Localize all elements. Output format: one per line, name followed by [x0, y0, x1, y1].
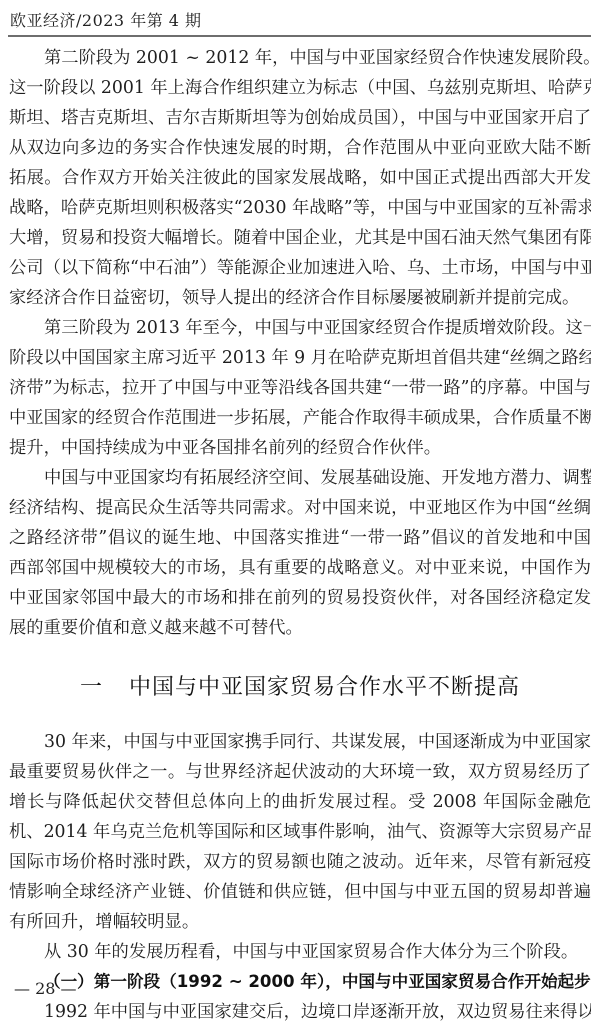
paragraph-stage-two: 第二阶段为 2001 ~ 2012 年，中国与中亚国家经贸合作快速发展阶段。 这…	[9, 43, 591, 313]
text-line: 国际市场价格时涨时跌，双方的贸易额也随之波动。近年来，尽管有新冠疫	[9, 847, 591, 877]
text-line: 第三阶段为 2013 年至今，中国与中亚国家经贸合作提质增效阶段。这一	[9, 313, 591, 343]
text-line: 中亚国家的经贸合作范围进一步拓展，产能合作取得丰硕成果，合作质量不断	[9, 403, 591, 433]
section-heading: 一中国与中亚国家贸易合作水平不断提高	[9, 649, 591, 727]
text-line: 提升，中国持续成为中亚各国排名前列的经贸合作伙伴。	[9, 433, 591, 463]
text-line: 30 年来，中国与中亚国家携手同行、共谋发展，中国逐渐成为中亚国家	[9, 727, 591, 757]
text-line: 经济结构、提高民众生活等共同需求。对中国来说，中亚地区作为中国“丝绸	[9, 493, 591, 523]
header-rule	[8, 35, 591, 37]
paragraph-stage-one-intro: 1992 年中国与中亚国家建交后，边境口岸逐渐开放，双边贸易往来得以	[9, 997, 591, 1027]
text-line: 第二阶段为 2001 ~ 2012 年，中国与中亚国家经贸合作快速发展阶段。	[9, 43, 591, 73]
section-number: 一	[80, 675, 103, 700]
text-line: 从 30 年的发展历程看，中国与中亚国家贸易合作大体分为三个阶段。	[9, 937, 591, 967]
text-line: 斯坦、塔吉克斯坦、吉尔吉斯斯坦等为创始成员国），中国与中亚国家开启了	[9, 103, 591, 133]
text-line: 战略，哈萨克斯坦则积极落实“2030 年战略”等，中国与中亚国家的互补需求	[9, 193, 591, 223]
text-line: 情影响全球经济产业链、价值链和供应链，但中国与中亚五国的贸易却普遍	[9, 877, 591, 907]
article-body: 第二阶段为 2001 ~ 2012 年，中国与中亚国家经贸合作快速发展阶段。 这…	[9, 43, 591, 1027]
text-line: 公司（以下简称“中石油”）等能源企业加速进入哈、乌、土市场，中国与中亚国	[9, 253, 591, 283]
text-line: 这一阶段以 2001 年上海合作组织建立为标志（中国、乌兹别克斯坦、哈萨克	[9, 73, 591, 103]
text-line: 中亚国家邻国中最大的市场和排在前列的贸易投资伙伴，对各国经济稳定发	[9, 583, 591, 613]
text-line: 拓展。合作双方开始关注彼此的国家发展战略，如中国正式提出西部大开发	[9, 163, 591, 193]
section-title: 中国与中亚国家贸易合作水平不断提高	[129, 675, 520, 700]
text-line: 从双边向多边的务实合作快速发展的时期，合作范围从中亚向亚欧大陆不断	[9, 133, 591, 163]
text-line: 最重要贸易伙伴之一。与世界经济起伏波动的大环境一致，双方贸易经历了	[9, 757, 591, 787]
text-line: 中国与中亚国家均有拓展经济空间、发展基础设施、开发地方潜力、调整	[9, 463, 591, 493]
text-line: 大增，贸易和投资大幅增长。随着中国企业，尤其是中国石油天然气集团有限	[9, 223, 591, 253]
text-line: 济带”为标志，拉开了中国与中亚等沿线各国共建“一带一路”的序幕。中国与	[9, 373, 591, 403]
text-line: 家经济合作日益密切，领导人提出的经济合作目标屡屡被刷新并提前完成。	[9, 283, 591, 313]
paragraph-stage-three: 第三阶段为 2013 年至今，中国与中亚国家经贸合作提质增效阶段。这一 阶段以中…	[9, 313, 591, 463]
paragraph-common-needs: 中国与中亚国家均有拓展经济空间、发展基础设施、开发地方潜力、调整 经济结构、提高…	[9, 463, 591, 643]
text-line: 西部邻国中规模较大的市场，具有重要的战略意义。对中亚来说，中国作为	[9, 553, 591, 583]
text-line: 增长与降低起伏交替但总体向上的曲折发展过程。受 2008 年国际金融危	[9, 787, 591, 817]
paragraph-thirty-years: 30 年来，中国与中亚国家携手同行、共谋发展，中国逐渐成为中亚国家 最重要贸易伙…	[9, 727, 591, 937]
text-line: 展的重要价值和意义越来越不可替代。	[9, 613, 591, 643]
text-line: 机、2014 年乌克兰危机等国际和区域事件影响，油气、资源等大宗贸易产品的	[9, 817, 591, 847]
text-line: 1992 年中国与中亚国家建交后，边境口岸逐渐开放，双边贸易往来得以	[9, 997, 591, 1027]
text-line: 有所回升，增幅较明显。	[9, 907, 591, 937]
text-line: 之路经济带”倡议的诞生地、中国落实推进“一带一路”倡议的首发地和中国	[9, 523, 591, 553]
journal-running-header: 欧亚经济/2023 年第 4 期	[10, 10, 590, 32]
paragraph-three-stages: 从 30 年的发展历程看，中国与中亚国家贸易合作大体分为三个阶段。	[9, 937, 591, 967]
text-line: 阶段以中国国家主席习近平 2013 年 9 月在哈萨克斯坦首倡共建“丝绸之路经	[9, 343, 591, 373]
subsection-heading: （一）第一阶段（1992 ~ 2000 年），中国与中亚国家贸易合作开始起步	[9, 967, 591, 997]
page-number: — 28 —	[14, 978, 77, 1000]
